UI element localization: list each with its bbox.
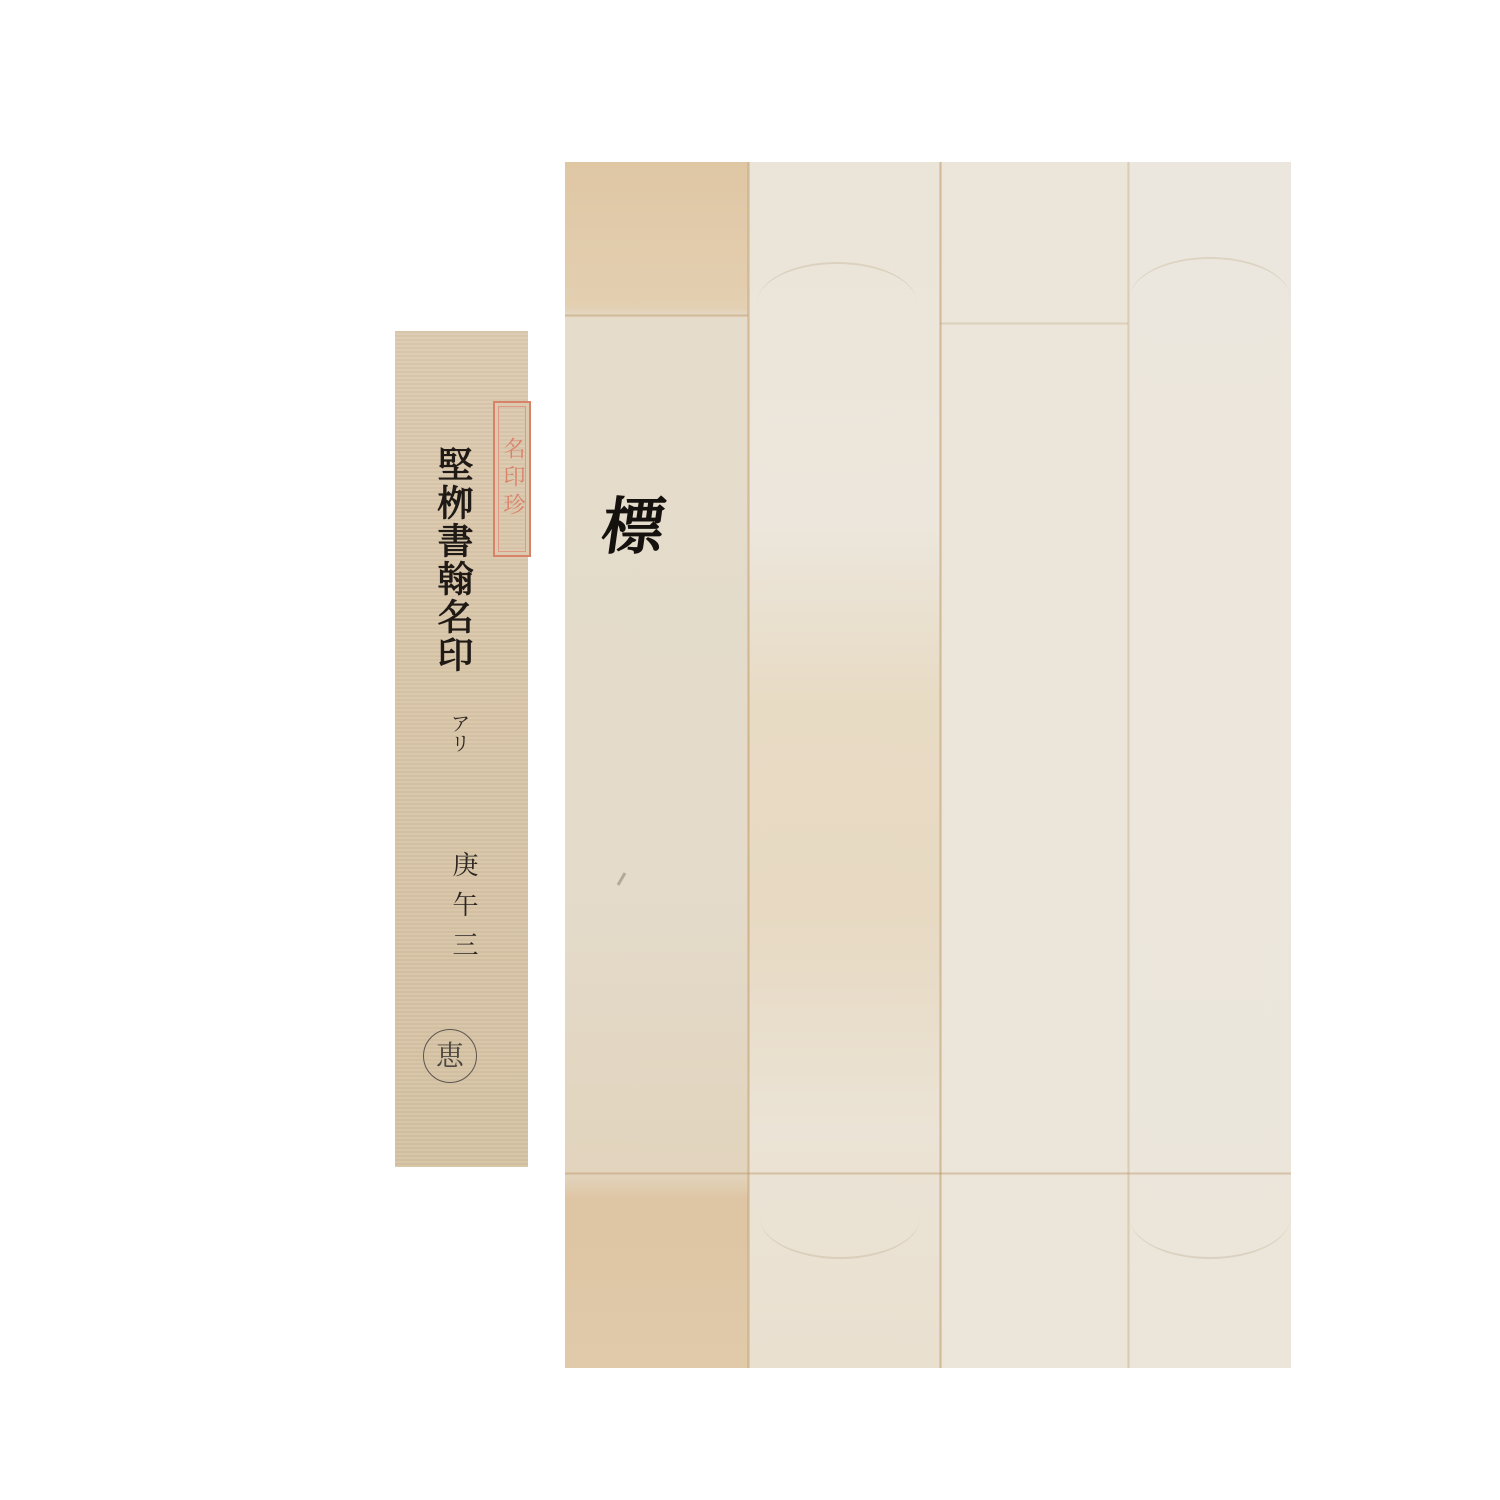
label-slip: 名印珍 堅栁書翰名印 アリ 庚午三 恵 xyxy=(395,331,528,1167)
slip-title-text: 堅栁書翰名印 xyxy=(433,446,473,674)
paper-crease xyxy=(1130,1177,1290,1259)
red-seal-stamp: 名印珍 xyxy=(493,401,531,557)
paper-crease xyxy=(760,1177,920,1259)
letter-panel-3 xyxy=(940,162,1128,1368)
paper-crease xyxy=(1130,257,1290,339)
round-seal-stamp: 恵 xyxy=(423,1029,477,1083)
paper-crease xyxy=(757,262,917,344)
slip-suffix-text: アリ xyxy=(445,713,474,753)
vertical-fold-line xyxy=(939,162,942,1368)
horizontal-fold-line xyxy=(565,1172,1291,1175)
vertical-fold-line xyxy=(1127,162,1130,1368)
folded-letter: 標 xyxy=(565,162,1291,1368)
horizontal-fold-line xyxy=(565,314,748,317)
horizontal-fold-line xyxy=(940,322,1128,325)
letter-calligraphy-character: 標 xyxy=(597,477,672,566)
vertical-fold-line xyxy=(747,162,750,1368)
slip-date-text: 庚午三 xyxy=(445,851,482,971)
letter-panel-1 xyxy=(565,162,748,1368)
